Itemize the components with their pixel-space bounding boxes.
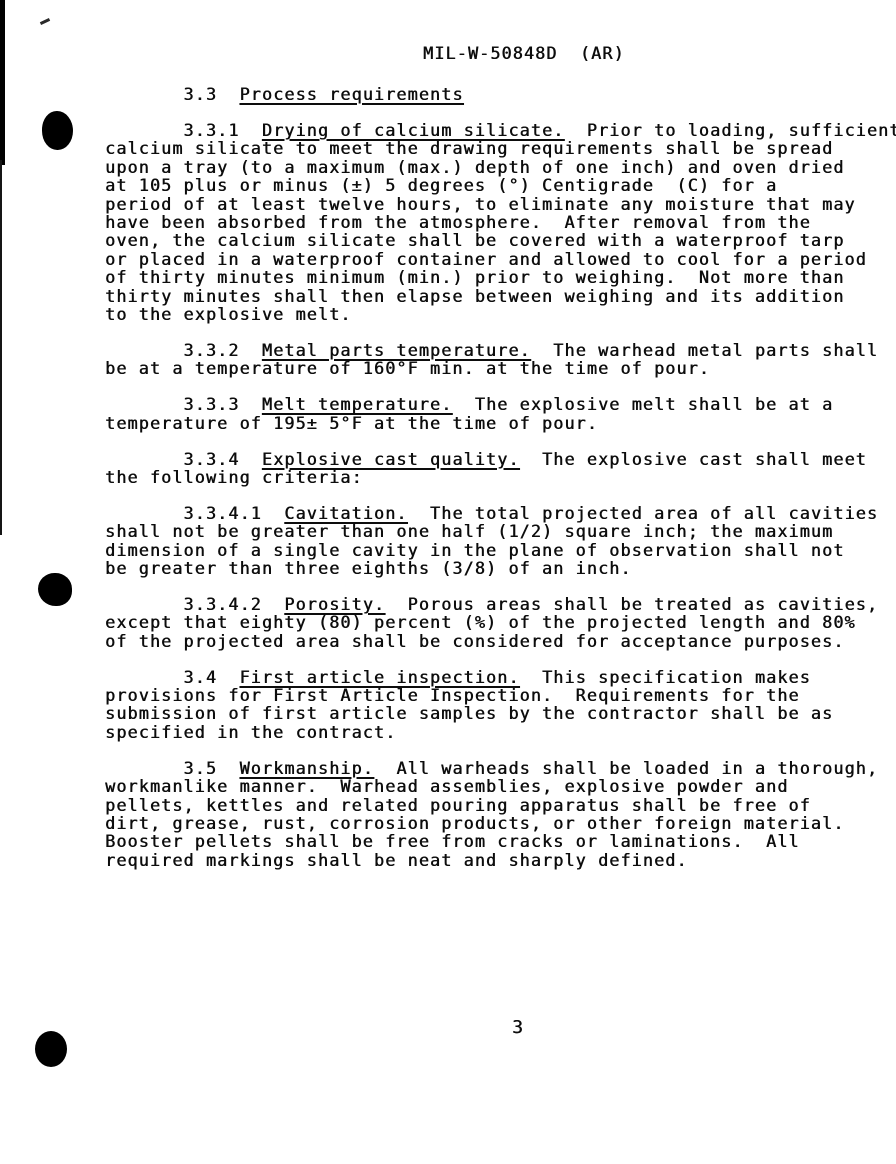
section-title: Cavitation. xyxy=(284,503,407,523)
document-body: 3.3 Process requirements 3.3.1 Drying of… xyxy=(105,85,896,887)
document-id: MIL-W-50848D (AR) xyxy=(423,44,625,62)
section-number: 3.3.4.1 xyxy=(105,503,284,523)
paragraph-3-3-1: 3.3.1 Drying of calcium silicate. Prior … xyxy=(105,121,896,323)
hole-punch-mark-middle xyxy=(38,573,72,606)
section-number: 3.3.2 xyxy=(105,340,262,360)
section-heading-3-3: 3.3 Process requirements xyxy=(105,85,896,103)
section-title: First article inspection. xyxy=(239,667,519,687)
paragraph-3-3-4: 3.3.4 Explosive cast quality. The explos… xyxy=(105,450,896,487)
section-title: Metal parts temperature. xyxy=(262,340,531,360)
scan-edge-line-artifact xyxy=(0,160,2,535)
section-number: 3.3.4.2 xyxy=(105,594,284,614)
hole-punch-mark-bottom xyxy=(35,1031,67,1067)
paragraph-3-3-4-1: 3.3.4.1 Cavitation. The total projected … xyxy=(105,504,896,578)
paragraph-3-3-4-2: 3.3.4.2 Porosity. Porous areas shall be … xyxy=(105,595,896,650)
section-number: 3.4 xyxy=(105,667,239,687)
paragraph-3-3-3: 3.3.3 Melt temperature. The explosive me… xyxy=(105,395,896,432)
section-title: Drying of calcium silicate. xyxy=(262,120,565,140)
hole-punch-mark-top xyxy=(42,111,73,150)
paragraph-3-3-2: 3.3.2 Metal parts temperature. The warhe… xyxy=(105,341,896,378)
section-number: 3.3 xyxy=(105,84,239,104)
section-number: 3.3.1 xyxy=(105,120,262,140)
page-number: 3 xyxy=(512,1019,524,1037)
section-title: Porosity. xyxy=(284,594,385,614)
section-number: 3.3.3 xyxy=(105,394,262,414)
paragraph-3-4: 3.4 First article inspection. This speci… xyxy=(105,668,896,742)
document-page: MIL-W-50848D (AR) 3.3 Process requiremen… xyxy=(0,0,896,1164)
section-title: Explosive cast quality. xyxy=(262,449,520,469)
paragraph-3-5: 3.5 Workmanship. All warheads shall be l… xyxy=(105,759,896,869)
scan-edge-bar-artifact xyxy=(0,0,5,165)
section-title: Process requirements xyxy=(239,84,463,104)
section-title: Melt temperature. xyxy=(262,394,452,414)
stray-mark-artifact xyxy=(40,18,50,25)
section-title: Workmanship. xyxy=(239,758,373,778)
section-number: 3.5 xyxy=(105,758,239,778)
section-number: 3.3.4 xyxy=(105,449,262,469)
section-text: Prior to loading, sufficient calcium sil… xyxy=(105,120,896,324)
